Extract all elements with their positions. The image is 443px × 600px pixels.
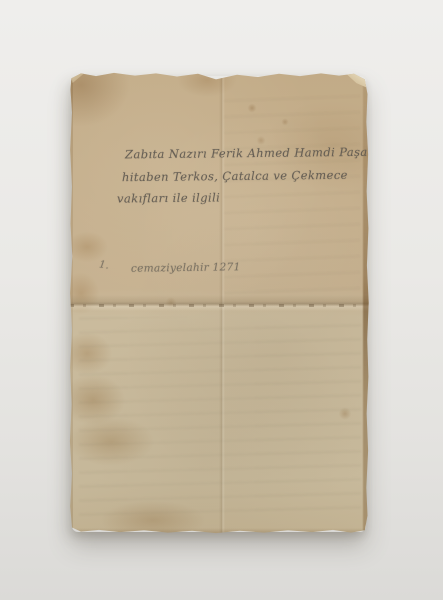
handwritten-line-1: Zabıta Nazırı Ferik Ahmed Hamdi Paşa'ya	[125, 145, 385, 162]
pencil-annotation-block: Zabıta Nazırı Ferik Ahmed Hamdi Paşa'ya …	[117, 146, 357, 366]
handwritten-date-note: cemaziyelahir 1271	[131, 261, 241, 275]
handwritten-line-2: hitaben Terkos, Çatalca ve Çekmece	[122, 168, 348, 184]
document-photo: Zabıta Nazırı Ferik Ahmed Hamdi Paşa'ya …	[0, 0, 443, 600]
worn-left-edge	[69, 71, 73, 534]
handwritten-margin-mark: 1.	[98, 259, 110, 271]
worn-right-edge	[363, 71, 369, 534]
manuscript-paper: Zabıta Nazırı Ferik Ahmed Hamdi Paşa'ya …	[69, 71, 369, 534]
handwritten-line-3: vakıfları ile ilgili	[117, 190, 220, 205]
